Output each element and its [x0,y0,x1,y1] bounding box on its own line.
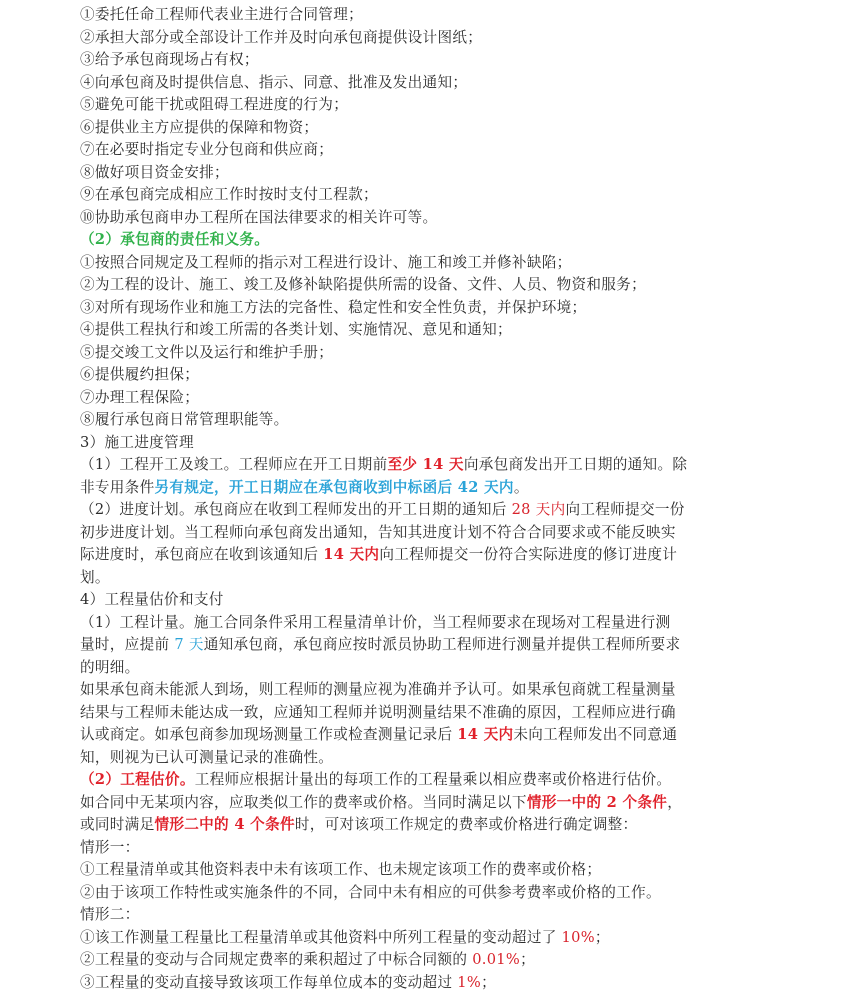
text: 初步进度计划。当工程师向承包商发出通知，告知其进度计划不符合合同要求或不能反映实 [80,524,676,541]
contractor-duties-list: ①按照合同规定及工程师的指示对工程进行设计、施工和竣工并修补缺陷； ②为工程的设… [80,252,840,432]
list-item: ②为工程的设计、施工、竣工及修补缺陷提供所需的设备、文件、人员、物资和服务； [80,274,840,297]
section-heading-schedule: 3）施工进度管理 [80,432,840,455]
list-item: ②由于该项工作特性或实施条件的不同，合同中未有相应的可供参考费率或价格的工作。 [80,882,840,905]
list-item: ③对所有现场作业和施工方法的完备性、稳定性和安全性负责，并保护环境； [80,297,840,320]
list-item: ⑨在承包商完成相应工作时按时支付工程款； [80,184,840,207]
paragraph-valuation: （2）工程估价。工程师应根据计量出的每项工作的工程量乘以相应费率或价格进行估价。… [80,769,840,837]
text: ， [667,794,682,811]
list-item: ⑧履行承包商日常管理职能等。 [80,409,840,432]
paragraph-programme: （2）进度计划。承包商应在收到工程师发出的开工日期的通知后 28 天内向工程师提… [80,499,840,589]
list-item: ⑦办理工程保险； [80,387,840,410]
text: 际进度时，承包商应在收到该通知后 [80,546,323,563]
case-label: 情形二： [80,904,840,927]
text: 未向工程师发出不同意通 [513,726,677,743]
owner-duties-list: ①委托任命工程师代表业主进行合同管理； ②承担大部分或全部设计工作并及时向承包商… [80,4,840,229]
highlight-red: 10% [562,929,595,946]
text: 或同时满足 [80,816,154,833]
list-item: ⑤提交竣工文件以及运行和维护手册； [80,342,840,365]
text: ； [595,929,610,946]
list-item: ③给予承包商现场占有权； [80,49,840,72]
text: 通知承包商，承包商应按时派员协助工程师进行测量并提供工程师所要求 [204,636,681,653]
text: 向工程师提交一份 [565,501,684,518]
text: （1）工程开工及竣工。工程师应在开工日期前 [80,456,387,473]
highlight-red: 14 天内 [457,726,513,743]
contractor-heading: （2）承包商的责任和义务。 [80,229,840,252]
text: ； [481,974,496,991]
highlight-red: 情形二中的 4 个条件 [154,816,294,833]
highlight-red: （2）工程估价。 [80,771,195,788]
section-heading-valuation: 4）工程量估价和支付 [80,589,840,612]
list-item: ④提供工程执行和竣工所需的各类计划、实施情况、意见和通知； [80,319,840,342]
list-item: ①该工作测量工程量比工程量清单或其他资料中所列工程量的变动超过了 10%； [80,927,840,950]
text: 如果承包商未能派人到场，则工程师的测量应视为准确并予认可。如果承包商就工程量测量 [80,681,676,698]
highlight-red: 情形一中的 2 个条件 [527,794,667,811]
highlight-blue: 7 天 [174,636,203,653]
text: ； [520,951,535,968]
paragraph-measurement-dispute: 如果承包商未能派人到场，则工程师的测量应视为准确并予认可。如果承包商就工程量测量… [80,679,840,769]
case-two: 情形二： ①该工作测量工程量比工程量清单或其他资料中所列工程量的变动超过了 10… [80,904,840,994]
list-item: ⑧做好项目资金安排； [80,162,840,185]
list-item: ④向承包商及时提供信息、指示、同意、批准及发出通知； [80,72,840,95]
text: 划。 [80,569,110,586]
text: 如合同中无某项内容，应取类似工作的费率或价格。当同时满足以下 [80,794,527,811]
list-item: ③工程量的变动直接导致该项工作每单位成本的变动超过 1%； [80,972,840,995]
paragraph-commencement: （1）工程开工及竣工。工程师应在开工日期前至少 14 天向承包商发出开工日期的通… [80,454,840,499]
list-item: ②工程量的变动与合同规定费率的乘积超过了中标合同额的 0.01%； [80,949,840,972]
list-item: ①工程量清单或其他资料表中未有该项工作、也未规定该项工作的费率或价格； [80,859,840,882]
list-item: ⑥提供业主方应提供的保障和物资； [80,117,840,140]
text: ③工程量的变动直接导致该项工作每单位成本的变动超过 [80,974,457,991]
list-item: ⑩协助承包商申办工程所在国法律要求的相关许可等。 [80,207,840,230]
highlight-red: 28 天内 [512,501,566,518]
text: 结果与工程师未能达成一致，应通知工程师并说明测量结果不准确的原因，工程师应进行确 [80,704,676,721]
text: 知，则视为已认可测量记录的准确性。 [80,749,333,766]
highlight-red: 0.01% [472,951,520,968]
list-item: ⑤避免可能干扰或阻碍工程进度的行为； [80,94,840,117]
text: ②工程量的变动与合同规定费率的乘积超过了中标合同额的 [80,951,472,968]
text: 向承包商发出开工日期的通知。除 [464,456,687,473]
case-label: 情形一： [80,837,840,860]
list-item: ②承担大部分或全部设计工作并及时向承包商提供设计图纸； [80,27,840,50]
text: 量时，应提前 [80,636,174,653]
text: 时，可对该项工作规定的费率或价格进行确定调整： [295,816,638,833]
list-item: ⑦在必要时指定专业分包商和供应商； [80,139,840,162]
text: 向工程师提交一份符合实际进度的修订进度计 [379,546,677,563]
list-item: ①按照合同规定及工程师的指示对工程进行设计、施工和竣工并修补缺陷； [80,252,840,275]
highlight-red: 1% [457,974,481,991]
text: 非专用条件 [80,479,154,496]
text: 工程师应根据计量出的每项工作的工程量乘以相应费率或价格进行估价。 [195,771,672,788]
text: 的明细。 [80,659,140,676]
text: （1）工程计量。施工合同条件采用工程量清单计价，当工程师要求在现场对工程量进行测 [80,614,670,631]
document-body: ①委托任命工程师代表业主进行合同管理； ②承担大部分或全部设计工作并及时向承包商… [80,4,840,994]
paragraph-measurement: （1）工程计量。施工合同条件采用工程量清单计价，当工程师要求在现场对工程量进行测… [80,612,840,680]
list-item: ⑥提供履约担保； [80,364,840,387]
text: （2）进度计划。承包商应在收到工程师发出的开工日期的通知后 [80,501,512,518]
text: 。 [514,479,529,496]
text: 认或商定。如承包商参加现场测量工作或检查测量记录后 [80,726,457,743]
highlight-red: 至少 14 天 [387,456,463,473]
highlight-blue: 另有规定，开工日期应在承包商收到中标函后 42 天内 [154,479,513,496]
case-one: 情形一： ①工程量清单或其他资料表中未有该项工作、也未规定该项工作的费率或价格；… [80,837,840,905]
list-item: ①委托任命工程师代表业主进行合同管理； [80,4,840,27]
text: ①该工作测量工程量比工程量清单或其他资料中所列工程量的变动超过了 [80,929,562,946]
highlight-red: 14 天内 [323,546,379,563]
